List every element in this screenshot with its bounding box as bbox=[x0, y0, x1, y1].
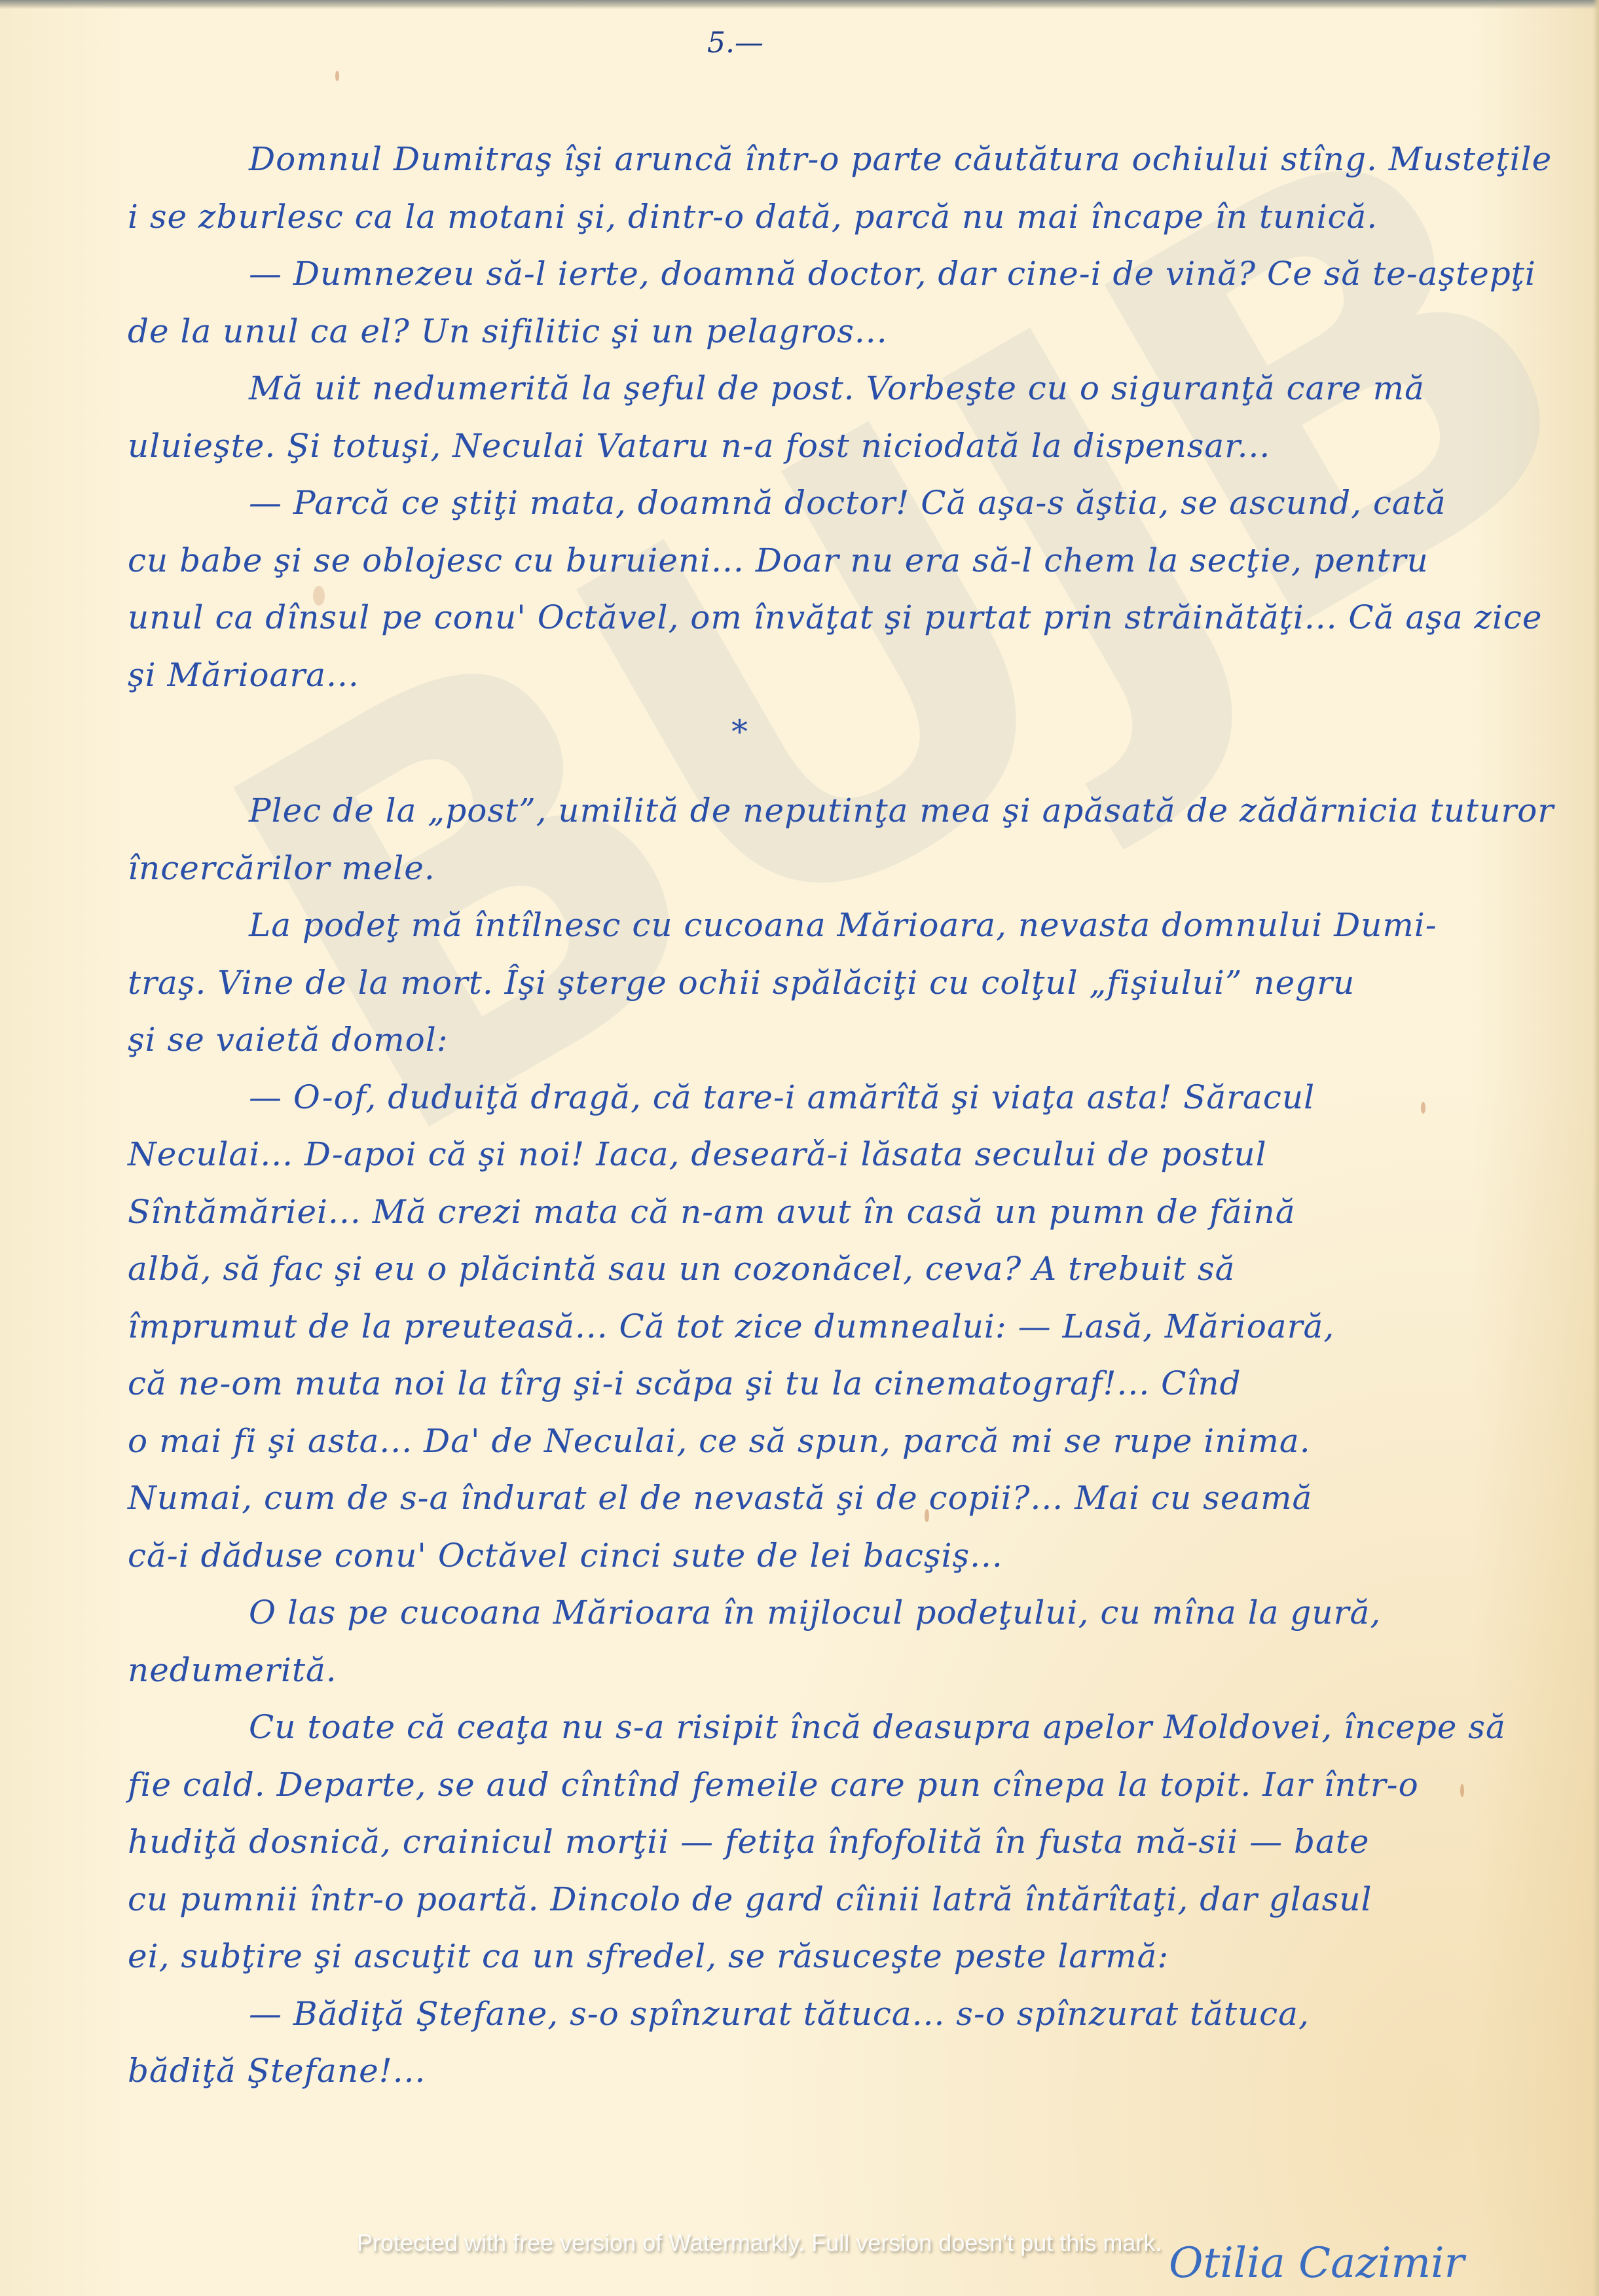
ink-stain bbox=[335, 71, 339, 81]
manuscript-line: nedumerită. bbox=[128, 1642, 1588, 1700]
manuscript-line: O las pe cucoana Mărioara în mijlocul po… bbox=[128, 1584, 1588, 1642]
manuscript-line: cu pumnii într-o poartă. Dincolo de gard… bbox=[128, 1871, 1588, 1929]
manuscript-line: Domnul Dumitraş îşi aruncă într-o parte … bbox=[128, 131, 1588, 189]
manuscript-line: unul ca dînsul pe conu' Octăvel, om învă… bbox=[128, 589, 1588, 647]
manuscript-line: o mai fi şi asta... Da' de Neculai, ce s… bbox=[128, 1413, 1588, 1470]
manuscript-line: ei, subţire şi ascuţit ca un sfredel, se… bbox=[128, 1928, 1588, 1986]
manuscript-line: hudiţă dosnică, crainicul morţii — fetiţ… bbox=[128, 1813, 1588, 1871]
manuscript-line: uluieşte. Şi totuşi, Neculai Vataru n-a … bbox=[128, 418, 1588, 475]
manuscript-line: Plec de la „post”, umilită de neputinţa … bbox=[128, 782, 1588, 840]
section-separator: * bbox=[128, 704, 1588, 782]
manuscript-line: — O-of, duduiţă dragă, că tare-i amărîtă… bbox=[128, 1069, 1588, 1127]
manuscript-line: traş. Vine de la mort. Îşi şterge ochii … bbox=[128, 955, 1588, 1012]
handwritten-manuscript: Domnul Dumitraş îşi aruncă într-o parte … bbox=[128, 131, 1588, 2100]
manuscript-line: că ne-om muta noi la tîrg şi-i scăpa şi … bbox=[128, 1355, 1588, 1413]
manuscript-line: că-i dăduse conu' Octăvel cinci sute de … bbox=[128, 1527, 1588, 1585]
manuscript-line: Cu toate că ceaţa nu s-a risipit încă de… bbox=[128, 1699, 1588, 1757]
manuscript-line: — Parcă ce ştiţi mata, doamnă doctor! Că… bbox=[128, 475, 1588, 532]
manuscript-line: Numai, cum de s-a îndurat el de nevastă … bbox=[128, 1470, 1588, 1527]
manuscript-line: La podeţ mă întîlnesc cu cucoana Mărioar… bbox=[128, 897, 1588, 955]
watermarkly-notice: Protected with free version of Watermark… bbox=[357, 2229, 1162, 2257]
manuscript-line: Mă uit nedumerită la şeful de post. Vorb… bbox=[128, 360, 1588, 418]
manuscript-line: şi Mărioara... bbox=[128, 647, 1588, 704]
manuscript-line: împrumut de la preuteasă... Că tot zice … bbox=[128, 1298, 1588, 1356]
manuscript-line: de la unul ca el? Un sifilitic şi un pel… bbox=[128, 303, 1588, 361]
page-top-edge bbox=[0, 0, 1599, 9]
page-right-edge bbox=[1592, 0, 1599, 2296]
manuscript-line: bădiţă Ştefane!... bbox=[128, 2043, 1588, 2100]
manuscript-line: albă, să fac şi eu o plăcintă sau un coz… bbox=[128, 1241, 1588, 1298]
manuscript-line: Neculai... D-apoi că şi noi! Iaca, desea… bbox=[128, 1126, 1588, 1184]
manuscript-line: fie cald. Departe, se aud cîntînd femeil… bbox=[128, 1757, 1588, 1814]
manuscript-line: şi se vaietă domol: bbox=[128, 1011, 1588, 1069]
page-number: 5.— bbox=[707, 26, 763, 60]
manuscript-line: i se zburlesc ca la motani şi, dintr-o d… bbox=[128, 189, 1588, 246]
author-signature: Otilia Cazimir bbox=[1169, 2239, 1464, 2287]
manuscript-line: cu babe şi se oblojesc cu buruieni... Do… bbox=[128, 532, 1588, 590]
manuscript-line: încercărilor mele. bbox=[128, 840, 1588, 898]
manuscript-line: Sîntămăriei... Mă crezi mata că n-am avu… bbox=[128, 1184, 1588, 1241]
manuscript-line: — Bădiţă Ştefane, s-o spînzurat tătuca..… bbox=[128, 1986, 1588, 2043]
manuscript-line: — Dumnezeu să-l ierte, doamnă doctor, da… bbox=[128, 246, 1588, 303]
